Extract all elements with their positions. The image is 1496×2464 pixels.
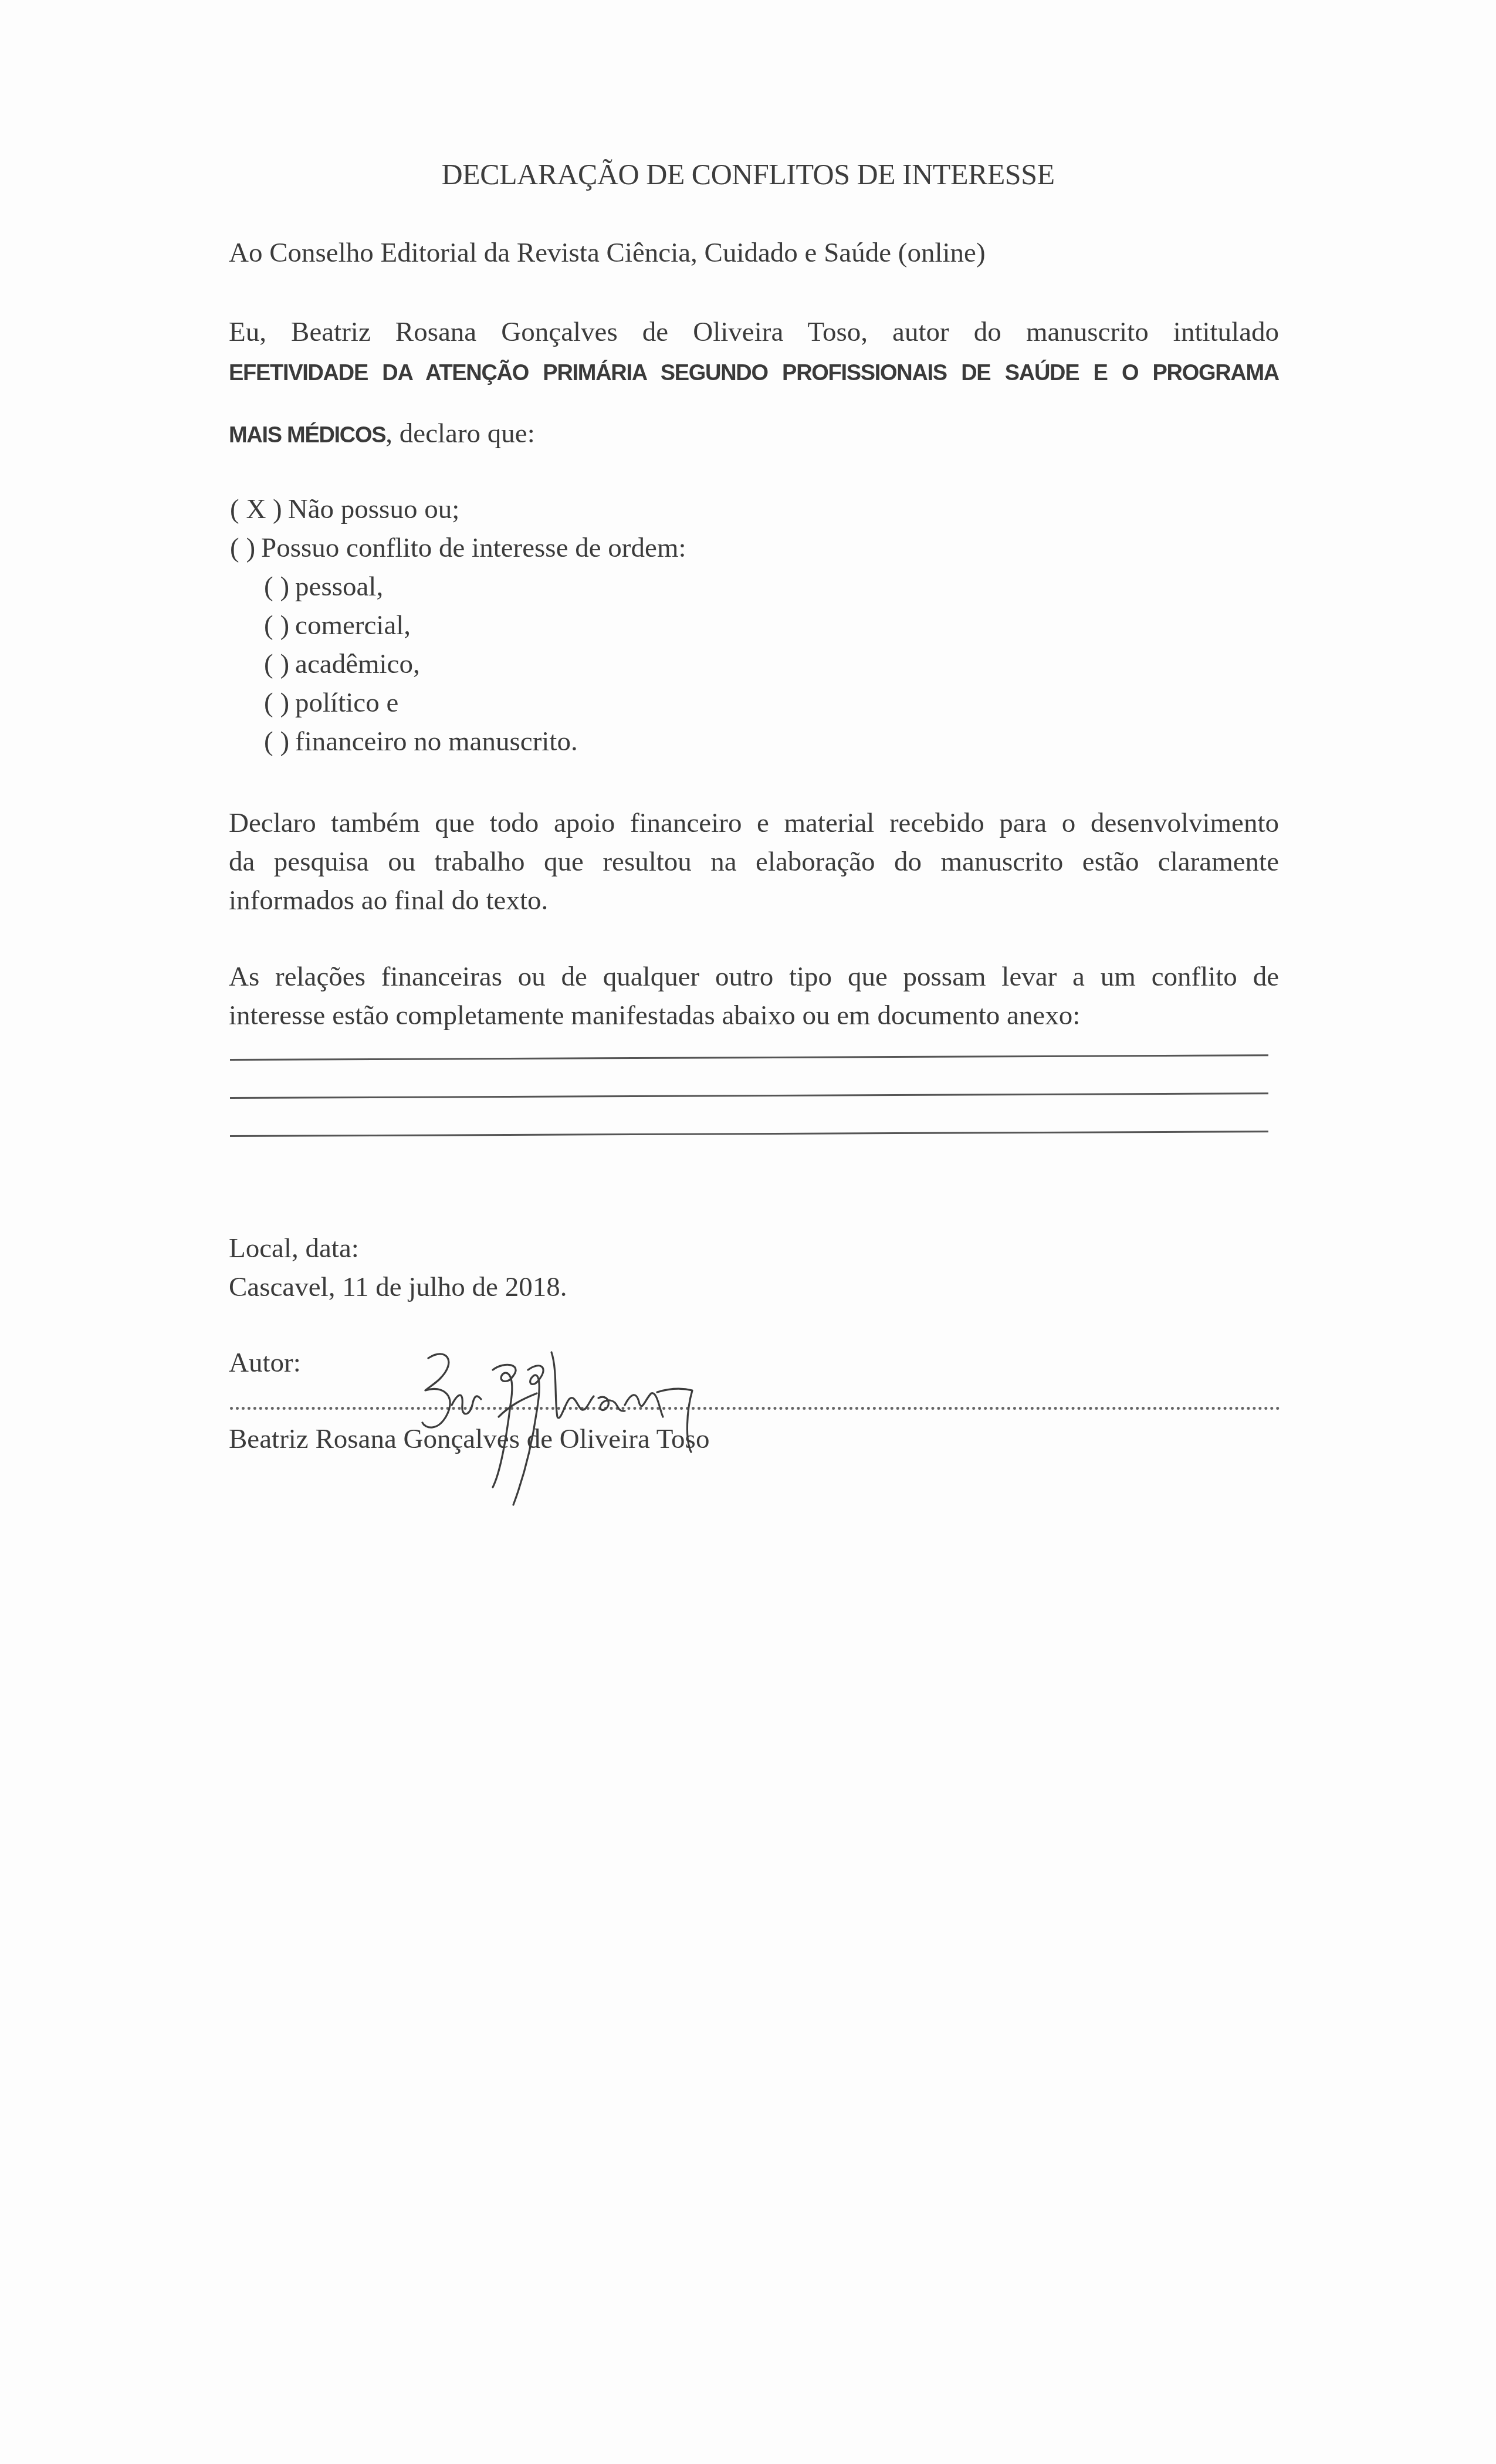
blank-line[interactable] — [230, 1092, 1268, 1099]
conflict-option[interactable]: ( )político e — [264, 683, 398, 722]
place-date-value: Cascavel, 11 de julho de 2018. — [229, 1268, 1279, 1307]
manuscript-title-line1: EFETIVIDADE DA ATENÇÃO PRIMÁRIA SEGUNDO … — [229, 361, 1279, 385]
document-title: DECLARAÇÃO DE CONFLITOS DE INTERESSE — [0, 157, 1496, 191]
support-paragraph-line: informados ao final do texto. — [229, 881, 1279, 920]
option-label: Não possuo ou; — [288, 494, 459, 524]
empty-box-icon[interactable]: ( ) — [264, 688, 289, 718]
intro-line: Eu, Beatriz Rosana Gonçalves de Oliveira… — [229, 313, 1279, 351]
conflict-option[interactable]: ( )comercial, — [264, 606, 411, 645]
option-label: financeiro no manuscrito. — [295, 726, 578, 757]
option-label: Possuo conflito de interesse de ordem: — [261, 533, 686, 563]
manuscript-title: EFETIVIDADE DA ATENÇÃO PRIMÁRIA SEGUNDO … — [229, 352, 1279, 392]
declaro-que: , declaro que: — [385, 418, 534, 449]
option-label: pessoal, — [295, 571, 383, 602]
manuscript-title-continued: MAIS MÉDICOS, declaro que: — [229, 414, 1279, 455]
blank-line[interactable] — [230, 1131, 1268, 1137]
conflict-option[interactable]: ( )financeiro no manuscrito. — [264, 722, 578, 761]
conflict-option[interactable]: ( X )Não possuo ou; — [230, 490, 459, 529]
option-label: comercial, — [295, 610, 411, 641]
empty-box-icon[interactable]: ( ) — [264, 649, 289, 679]
relations-paragraph-line: As relações financeiras ou de qualquer o… — [229, 957, 1279, 996]
empty-box-icon[interactable]: ( ) — [230, 533, 255, 563]
option-label: acadêmico, — [295, 649, 420, 679]
document-page: DECLARAÇÃO DE CONFLITOS DE INTERESSE Ao … — [0, 0, 1496, 2464]
checked-box-icon[interactable]: ( X ) — [230, 494, 282, 524]
addressee: Ao Conselho Editorial da Revista Ciência… — [229, 233, 1279, 272]
empty-box-icon[interactable]: ( ) — [264, 726, 289, 757]
conflict-option[interactable]: ( )Possuo conflito de interesse de ordem… — [230, 529, 686, 567]
conflict-option[interactable]: ( )pessoal, — [264, 567, 383, 606]
manuscript-title-line2: MAIS MÉDICOS — [229, 423, 385, 448]
empty-box-icon[interactable]: ( ) — [264, 610, 289, 641]
support-paragraph-line: da pesquisa ou trabalho que resultou na … — [229, 842, 1279, 881]
option-label: político e — [295, 688, 398, 718]
empty-box-icon[interactable]: ( ) — [264, 571, 289, 602]
place-date-label: Local, data: — [229, 1229, 1279, 1268]
conflict-option[interactable]: ( )acadêmico, — [264, 645, 420, 683]
support-paragraph-line: Declaro também que todo apoio financeiro… — [229, 804, 1279, 842]
author-name: Beatriz Rosana Gonçalves de Oliveira Tos… — [229, 1420, 1279, 1458]
blank-line[interactable] — [230, 1054, 1268, 1061]
relations-paragraph-line: interesse estão completamente manifestad… — [229, 996, 1279, 1035]
